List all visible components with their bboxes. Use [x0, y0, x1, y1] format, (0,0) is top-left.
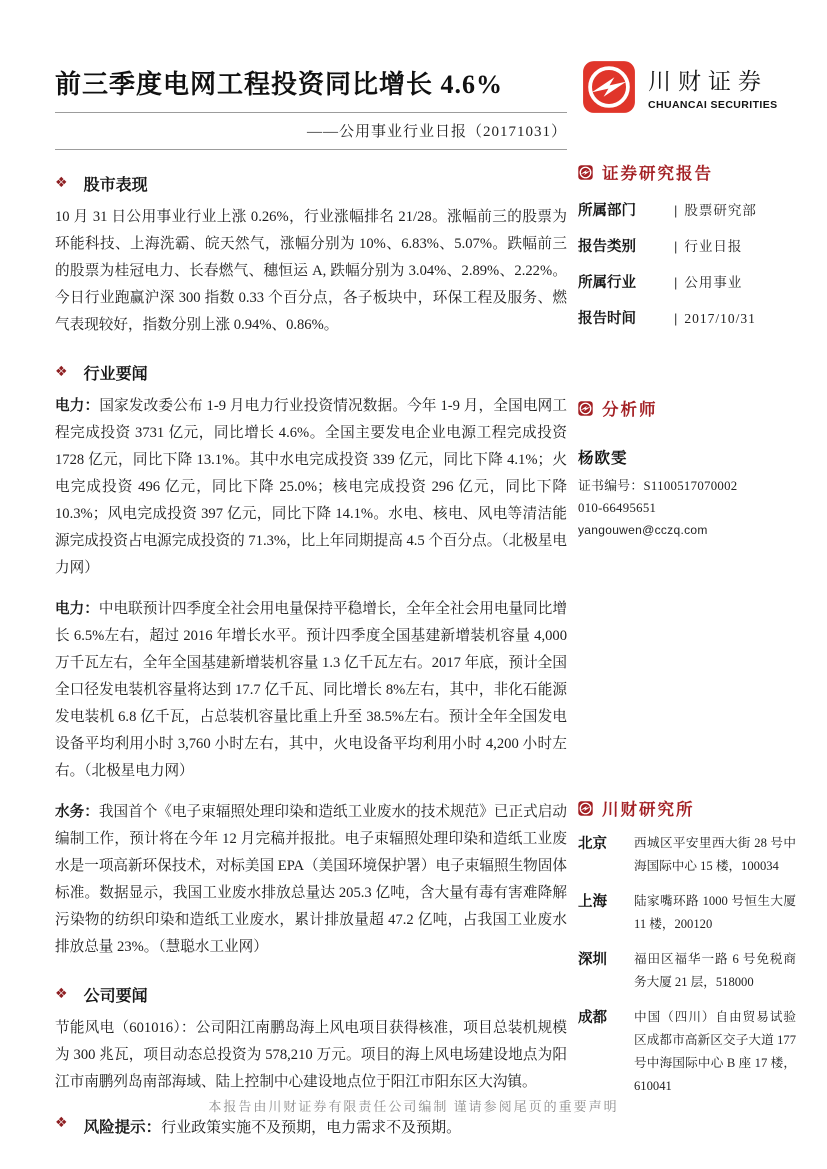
risk-body: 行业政策实施不及预期，电力需求不及预期。 — [161, 1120, 461, 1136]
office-row-chengdu: 成都 中国（四川）自由贸易试验区成都市高新区交子大道 177 号中海国际中心 B… — [578, 1006, 796, 1098]
office-city: 深圳 — [578, 948, 620, 994]
paragraph-text: 10 月 31 日公用事业行业上涨 0.26%，行业涨幅排名 21/28。涨幅前… — [55, 209, 567, 333]
analyst-phone: 010-66495651 — [578, 501, 796, 516]
page-subtitle: ——公用事业行业日报（20171031） — [55, 120, 567, 141]
page-footer-disclaimer: 本报告由川财证券有限责任公司编制 谨请参阅尾页的重要声明 — [0, 1096, 827, 1115]
brand-text: 川财证券 CHUANCAI SECURITIES — [648, 63, 778, 111]
paragraph-text: 中电联预计四季度全社会用电量保持平稳增长，全年全社会用电量同比增长 6.5%左右… — [55, 601, 567, 779]
office-city: 北京 — [578, 832, 620, 878]
office-row-shenzhen: 深圳 福田区福华一路 6 号免税商务大厦 21 层，518000 — [578, 948, 796, 994]
field-separator: | — [674, 239, 677, 254]
market-paragraph: 10 月 31 日公用事业行业上涨 0.26%，行业涨幅排名 21/28。涨幅前… — [55, 204, 567, 339]
diamond-icon: ❖ — [55, 176, 68, 190]
brand-name-en: CHUANCAI SECURITIES — [648, 99, 778, 111]
chuancai-logo-icon — [582, 60, 636, 114]
report-info-header: 证券研究报告 — [578, 160, 796, 184]
paragraph-tag: 水务： — [55, 804, 99, 820]
institute-header: 川财研究所 — [578, 796, 796, 820]
office-address: 陆家嘴环路 1000 号恒生大厦 11 楼，200120 — [634, 890, 796, 936]
paragraph-text: 我国首个《电子束辐照处理印染和造纸工业废水的技术规范》已正式启动编制工作，预计将… — [55, 804, 567, 955]
paragraph-tag: 电力： — [55, 398, 99, 414]
section-title: 公司要闻 — [84, 983, 148, 1006]
analyst-email: yangouwen@cczq.com — [578, 523, 796, 537]
subtitle-divider — [55, 149, 567, 150]
page-title: 前三季度电网工程投资同比增长 4.6% — [55, 68, 567, 102]
field-label: 报告类别 — [578, 235, 674, 256]
brand-mini-icon — [578, 401, 593, 416]
company-paragraph: 节能风电（601016）：公司阳江南鹏岛海上风电项目获得核准，项目总装机规模为 … — [55, 1015, 567, 1096]
industry-paragraph-water: 水务：我国首个《电子束辐照处理印染和造纸工业废水的技术规范》已正式启动编制工作，… — [55, 799, 567, 961]
field-separator: | — [674, 311, 677, 326]
industry-paragraph-power-2: 电力：中电联预计四季度全社会用电量保持平稳增长，全年全社会用电量同比增长 6.5… — [55, 596, 567, 785]
brand-mini-icon — [578, 165, 593, 180]
section-header-industry: ❖ 行业要闻 — [55, 361, 567, 384]
section-risk: ❖ 风险提示：行业政策实施不及预期，电力需求不及预期。 — [55, 1116, 567, 1140]
field-value: 股票研究部 — [684, 199, 757, 219]
section-header-market: ❖ 股市表现 — [55, 172, 567, 195]
diamond-icon: ❖ — [55, 365, 68, 379]
office-address: 西城区平安里西大街 28 号中海国际中心 15 楼，100034 — [634, 832, 796, 878]
brand-logo: 川财证券 CHUANCAI SECURITIES — [582, 60, 778, 114]
field-value: 行业日报 — [684, 235, 742, 255]
field-value: 公用事业 — [684, 271, 742, 291]
field-separator: | — [674, 203, 677, 218]
office-address: 福田区福华一路 6 号免税商务大厦 21 层，518000 — [634, 948, 796, 994]
field-label: 所属部门 — [578, 199, 674, 220]
paragraph-tag: 电力： — [55, 601, 99, 617]
title-divider — [55, 112, 567, 113]
paragraph-text: 节能风电（601016）：公司阳江南鹏岛海上风电项目获得核准，项目总装机规模为 … — [55, 1020, 567, 1090]
field-row-department: 所属部门 | 股票研究部 — [578, 199, 796, 220]
report-info-panel: 证券研究报告 所属部门 | 股票研究部 报告类别 | 行业日报 所属行业 | 公… — [578, 160, 796, 328]
brand-name-cn: 川财证券 — [648, 63, 778, 96]
paragraph-text: 国家发改委公布 1-9 月电力行业投资情况数据。今年 1-9 月，全国电网工程完… — [55, 398, 567, 576]
field-row-industry: 所属行业 | 公用事业 — [578, 271, 796, 292]
institute-title: 川财研究所 — [602, 796, 695, 820]
institute-panel: 川财研究所 北京 西城区平安里西大街 28 号中海国际中心 15 楼，10003… — [578, 796, 796, 1098]
analyst-cert: 证书编号：S1100517070002 — [578, 475, 796, 494]
office-city: 上海 — [578, 890, 620, 936]
section-header-company: ❖ 公司要闻 — [55, 983, 567, 1006]
analyst-header: 分析师 — [578, 396, 796, 420]
field-label: 所属行业 — [578, 271, 674, 292]
industry-paragraph-power-1: 电力：国家发改委公布 1-9 月电力行业投资情况数据。今年 1-9 月，全国电网… — [55, 393, 567, 582]
risk-text: 风险提示：行业政策实施不及预期，电力需求不及预期。 — [84, 1116, 462, 1140]
office-row-beijing: 北京 西城区平安里西大街 28 号中海国际中心 15 楼，100034 — [578, 832, 796, 878]
section-title: 股市表现 — [84, 172, 148, 195]
analyst-name: 杨欧雯 — [578, 446, 796, 468]
main-column: 前三季度电网工程投资同比增长 4.6% ——公用事业行业日报（20171031）… — [55, 0, 567, 1140]
field-value: 2017/10/31 — [684, 311, 756, 327]
field-separator: | — [674, 275, 677, 290]
section-title: 行业要闻 — [84, 361, 148, 384]
analyst-title: 分析师 — [602, 396, 658, 420]
field-row-report-date: 报告时间 | 2017/10/31 — [578, 307, 796, 328]
office-city: 成都 — [578, 1006, 620, 1098]
risk-label: 风险提示： — [84, 1119, 162, 1136]
diamond-icon: ❖ — [55, 1116, 68, 1130]
office-address: 中国（四川）自由贸易试验区成都市高新区交子大道 177 号中海国际中心 B 座 … — [634, 1006, 796, 1098]
office-row-shanghai: 上海 陆家嘴环路 1000 号恒生大厦 11 楼，200120 — [578, 890, 796, 936]
field-row-report-type: 报告类别 | 行业日报 — [578, 235, 796, 256]
analyst-panel: 分析师 杨欧雯 证书编号：S1100517070002 010-66495651… — [578, 396, 796, 537]
field-label: 报告时间 — [578, 307, 674, 328]
report-info-title: 证券研究报告 — [602, 160, 713, 184]
diamond-icon: ❖ — [55, 987, 68, 1001]
brand-mini-icon — [578, 801, 593, 816]
